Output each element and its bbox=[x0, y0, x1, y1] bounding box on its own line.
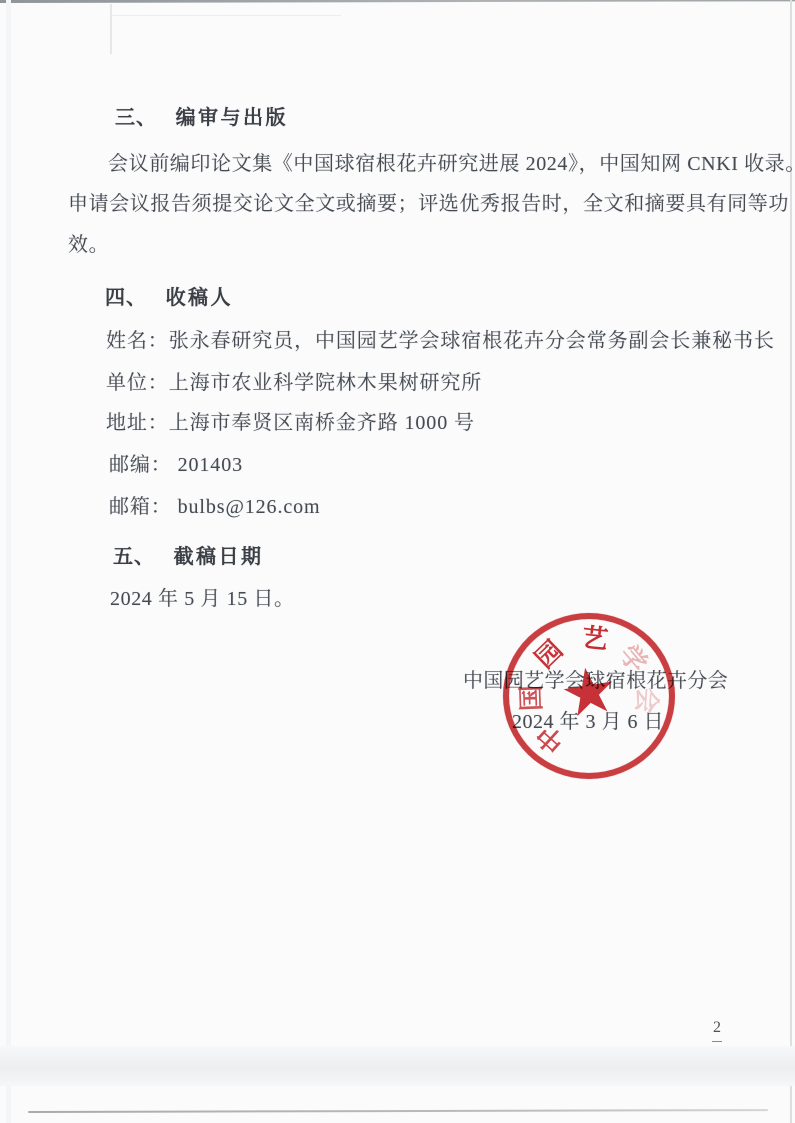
recipient-organization-line: 单位：上海市农业科学院林木果树研究所 bbox=[106, 366, 482, 395]
scan-bottom-edge-line bbox=[28, 1109, 768, 1113]
page-number: 2 bbox=[713, 1019, 721, 1037]
scan-left-edge-band bbox=[6, 0, 11, 1123]
seal-character: 会 bbox=[633, 686, 661, 714]
recipient-address-line: 地址：上海市奉贤区南桥金齐路 1000 号 bbox=[106, 406, 475, 435]
seal-character: 国 bbox=[518, 685, 545, 712]
seal-star-icon: ★ bbox=[556, 657, 623, 729]
scanned-page: 三、 编审与出版 会议前编印论文集《中国球宿根花卉研究进展 2024》，中国知网… bbox=[0, 0, 795, 1123]
paragraph-line: 会议前编印论文集《中国球宿根花卉研究进展 2024》，中国知网 CNKI 收录。 bbox=[108, 147, 795, 176]
section-title: 收稿人 bbox=[166, 287, 234, 309]
deadline-date-line: 2024 年 5 月 15 日。 bbox=[110, 582, 295, 611]
section-title: 编审与出版 bbox=[176, 107, 289, 129]
scan-crease-vertical bbox=[110, 4, 112, 54]
seal-character: 艺 bbox=[581, 624, 610, 653]
scan-top-edge-line bbox=[0, 0, 795, 3]
section-number: 五、 bbox=[113, 546, 155, 568]
recipient-name-line: 姓名：张永春研究员，中国园艺学会球宿根花卉分会常务副会长兼秘书长 bbox=[106, 324, 775, 353]
paragraph-line: 效。 bbox=[68, 228, 109, 257]
recipient-postcode-line: 邮编： 201403 bbox=[109, 448, 243, 477]
paragraph-line: 申请会议报告须提交论文全文或摘要；评选优秀报告时，全文和摘要具有同等功 bbox=[68, 187, 789, 216]
recipient-email-line: 邮箱： bulbs@126.com bbox=[109, 490, 321, 519]
section-number: 四、 bbox=[105, 287, 147, 309]
section-heading: 四、 收稿人 bbox=[105, 281, 233, 310]
page-number-underline-artifact bbox=[712, 1041, 722, 1042]
section-title: 截稿日期 bbox=[174, 546, 264, 568]
scan-bottom-shadow-band bbox=[0, 1046, 795, 1086]
section-number: 三、 bbox=[115, 107, 157, 129]
section-heading: 三、 编审与出版 bbox=[115, 101, 288, 130]
section-heading: 五、 截稿日期 bbox=[113, 540, 264, 569]
scan-crease-horizontal bbox=[111, 15, 341, 16]
official-seal: ★ 中 国 园 艺 学 会 bbox=[503, 613, 675, 779]
